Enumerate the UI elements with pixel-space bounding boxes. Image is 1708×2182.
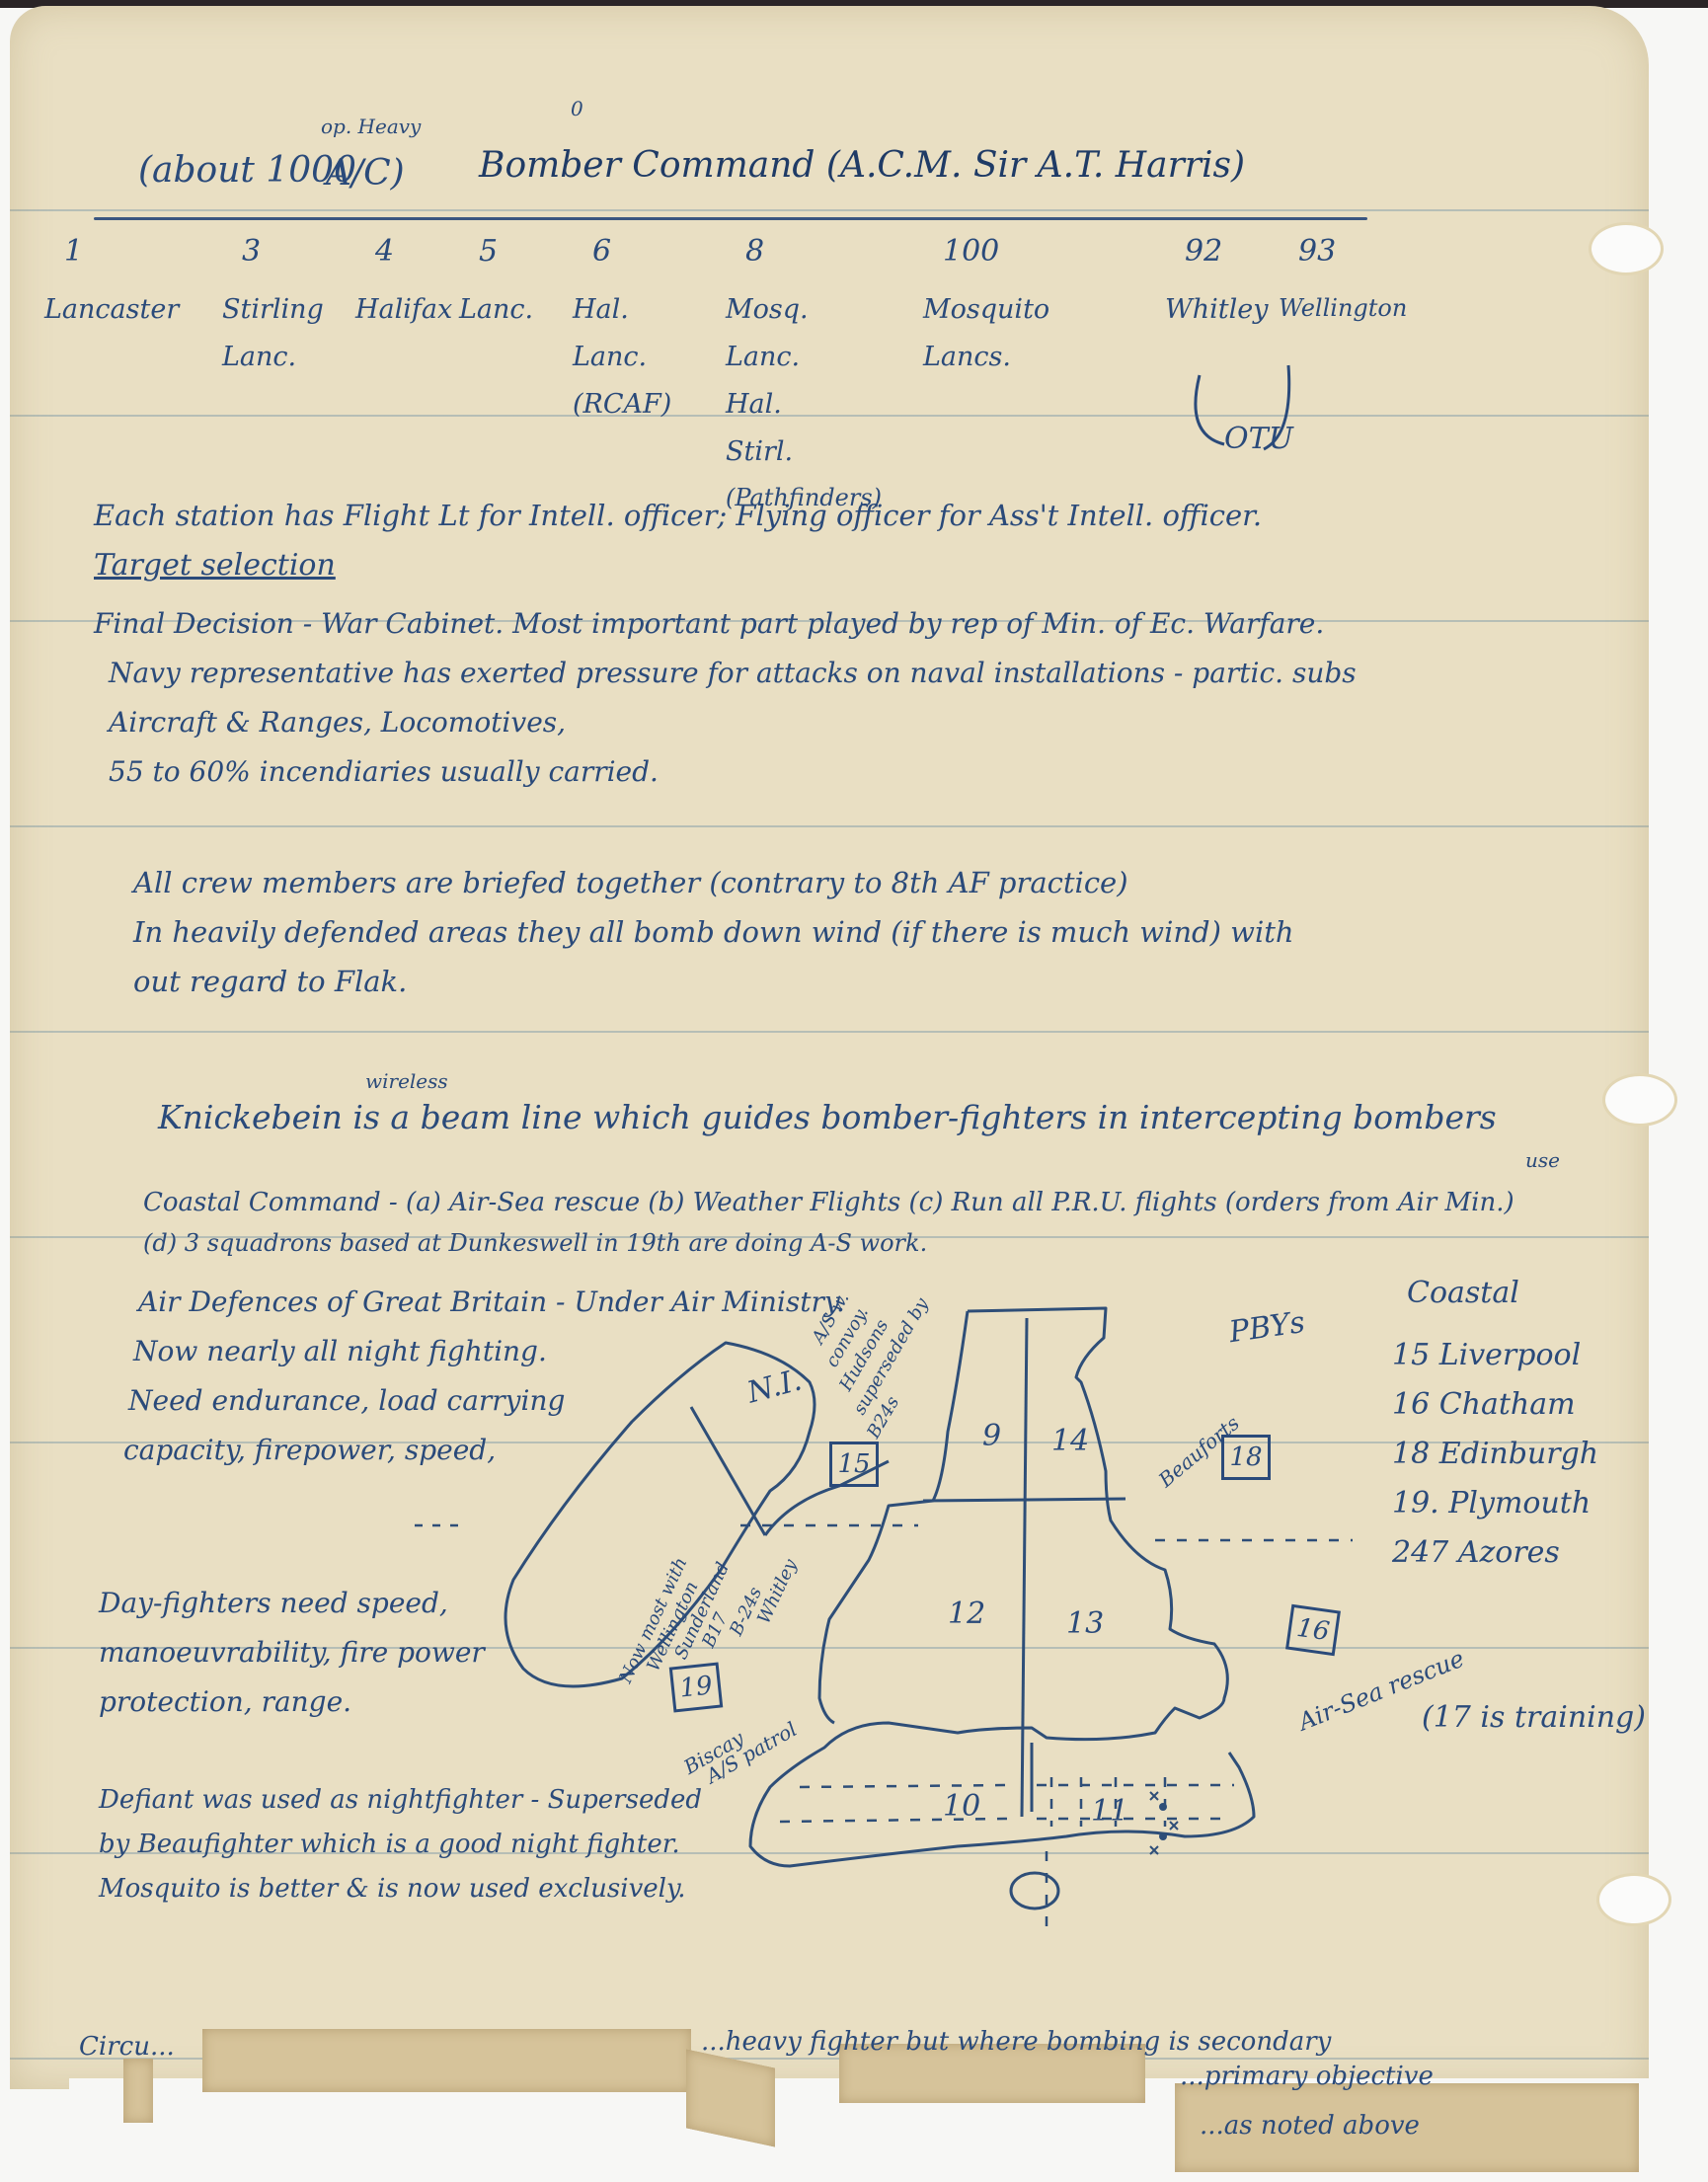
map-label-12: 12 [948,1599,985,1629]
coastal-list-title: Coastal [1407,1279,1519,1308]
bottom-fragment: ...primary objective [1180,2064,1434,2089]
torn-tab-1 [202,2029,691,2092]
coastal-list-item: 247 Azores [1392,1538,1560,1568]
torn-tab-2 [123,2059,153,2123]
map-label-11: 11 [1091,1797,1128,1827]
group-15-box: 15 [829,1442,879,1487]
coastal-list-item: 19. Plymouth [1392,1489,1591,1519]
map-label-training: (17 is training) [1422,1703,1646,1733]
bottom-fragment: Circu... [79,2034,175,2060]
map-label-13: 13 [1066,1609,1104,1639]
bottom-fragment: ...heavy fighter but where bombing is se… [701,2029,1331,2055]
bottom-fragment: ...as noted above [1200,2113,1420,2139]
map-label-14: 14 [1051,1427,1089,1456]
group-18-box: 18 [1221,1435,1271,1480]
group-16-box: 16 [1285,1604,1341,1657]
map-label-10: 10 [943,1792,980,1822]
uk-map-sketch [0,0,1708,2182]
group-19-box: 19 [669,1663,724,1713]
map-label-9: 9 [982,1422,1001,1451]
isle-of-wight [1011,1873,1058,1909]
coastal-list-item: 18 Edinburgh [1392,1440,1598,1469]
coastal-list-item: 15 Liverpool [1392,1341,1581,1370]
coastal-list-item: 16 Chatham [1392,1390,1576,1420]
